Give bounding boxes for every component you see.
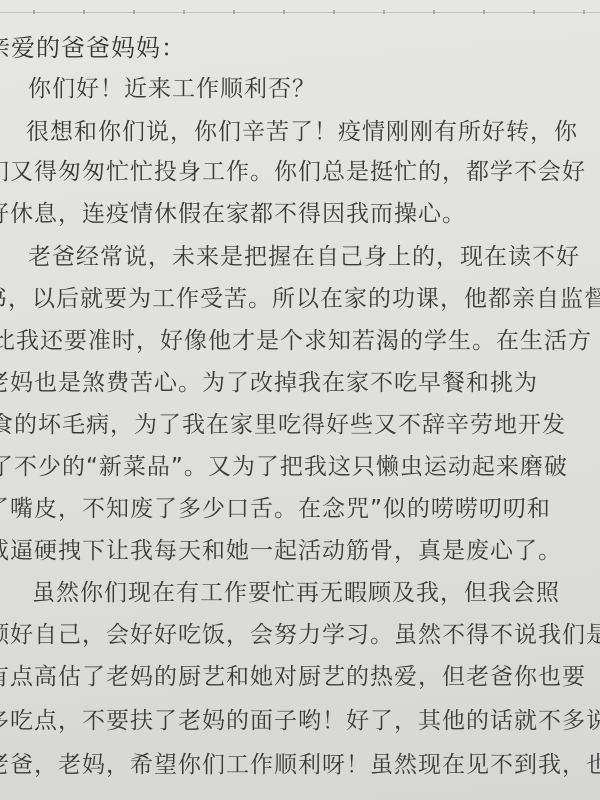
ruler-tick [483,10,485,14]
letter-line: 很想和你们说，你们辛苦了！疫情刚刚有所好转，你 [26,115,578,149]
ruler-tick [533,10,535,14]
letter-salutation: 亲爱的爸爸妈妈： [0,31,186,65]
letter-line: 你们好！近来工作顺利否？ [28,72,316,106]
ruler-tick [383,10,385,14]
letter-line: 书，以后就要为工作受苦。所以在家的功课，他都亲自监督 [0,282,600,316]
ruler-tick [133,10,135,14]
letter-line: 食的坏毛病，为了我在家里吃得好些又不辞辛劳地开发 [0,408,566,442]
ruler-tick [583,10,585,14]
ruler-tick [83,10,85,14]
ruler-tick [283,10,285,14]
letter-line: 多吃点，不要扶了老妈的面子哟！好了，其他的话就不多说了 [0,704,600,738]
letter-line: 老爸经常说，未来是把握在自己身上的，现在读不好 [28,240,580,274]
letter-line: 虽然你们现在有工作要忙再无暇顾及我，但我会照 [32,576,560,610]
letter-paper: 亲爱的爸爸妈妈： 你们好！近来工作顺利否？ 很想和你们说，你们辛苦了！疫情刚刚有… [0,0,600,800]
letter-line: 老爸，老妈，希望你们工作顺利呀！虽然现在见不到我，也不 [0,748,600,782]
letter-line: 有点高估了老妈的厨艺和她对厨艺的热爱，但老爸你也要 [0,660,586,694]
letter-line: 们又得匆匆忙忙投身工作。你们总是挺忙的，都学不会好 [0,155,586,189]
letter-line: 了不少的“新菜品”。又为了把我这只懒虫运动起来磨破 [0,450,568,484]
ruler-tick [233,10,235,14]
letter-line: 比我还要准时，好像他才是个求知若渴的学生。在生活方 [0,324,592,358]
letter-line: 顾好自己，会好好吃饭，会努力学习。虽然不得不说我们是 [0,618,600,652]
letter-line: 威逼硬拽下让我每天和她一起活动筋骨，真是废心了。 [0,534,562,568]
letter-line: 好休息，连疫情休假在家都不得因我而操心。 [0,197,466,231]
ruler-tick [433,10,435,14]
ruler-tick [333,10,335,14]
letter-line: 老妈也是煞费苦心。为了改掉我在家不吃早餐和挑为 [0,366,538,400]
ruler-tick [183,10,185,14]
top-ruled-line [0,12,600,13]
ruler-tick [33,10,35,14]
letter-line: 了嘴皮，不知废了多少口舌。在念咒”似的唠唠叨叨和 [0,492,551,526]
